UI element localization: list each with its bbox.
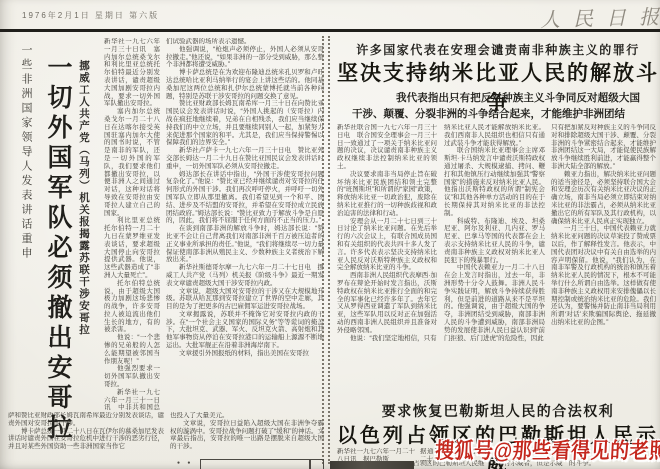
left-vertical-kicker: 一些非洲国家领导人发表讲话重申 — [18, 44, 34, 276]
paragraph: 文章揭露说，苏联并不掩饰它对安哥拉内政的干涉。在“一个社会主义国家的国际义务”等… — [166, 311, 324, 350]
paragraph: 科威特、布隆迪、埃及、坦桑尼亚、阿尔及利亚、几内亚、罗马尼亚、巴拿马等国的代表都… — [444, 218, 545, 265]
paragraph: 博卡萨总统一月二十八日在瓦伊尔的慕桑加尼发表讲话时谴责外国在安哥拉危机中进行干涉… — [8, 428, 164, 451]
left-vertical-subhead: 挪威工人共产党（马列）机关报揭露苏联干涉安哥拉 — [77, 60, 92, 360]
masthead-title: 人民日报 — [540, 0, 660, 32]
paragraph: 新华社联合国一九七六年一月三十日电 联合国安全理事会一月三十日一致通过了一项关于… — [337, 124, 437, 171]
right-body-column-3: 只有把加紧反对种族主义的斗争同反对和排除超级大国干涉、颠覆、分裂非洲的斗争紧密结… — [551, 124, 656, 392]
paragraph: 新华社一九七六年一月三十一日讯 中非共和国总统博卡 — [104, 389, 160, 410]
paragraph: 西南非洲人民组织代表摩西·加罗布在辩论开始时发言指出，沃斯特政权在纳米比亚推行全… — [337, 272, 437, 334]
paragraph: 文章说，超级大国对安哥拉的干涉又在大规模地升级。苏联从哈瓦那到安哥拉建立了世界的… — [166, 288, 324, 311]
paragraph: 赞比亚财政部长姆瓦南希库一月三十日在向赞比亚国民议会发表讲话时说，“外国人挑起的… — [166, 100, 324, 147]
paragraph: 萨和赞比亚财政部长姆瓦南希库最近分别发表谈话，谴责外国对安哥拉的干涉。 — [8, 412, 164, 428]
left-body-column-2: 们试验武器的场所表示遗憾。 他强调说，“枪炮声必须停止，外国人必须从安哥拉撤走。… — [166, 38, 324, 410]
paragraph: 纳米比亚人民才能解放纳米比亚。我们西南非人民组织也相信只有通过武装斗争才能获得解… — [444, 124, 545, 147]
paragraph: 安理会从一月二十七日到三十日讨论了纳米比亚问题。在先后举行的六次会议上，有联合国… — [337, 218, 437, 273]
right-body-column-1: 新华社联合国一九七六年一月三十日电 联合国安全理事会一月三十日一致通过了一项关于… — [337, 124, 437, 392]
paragraph: 新华社卢萨卡一九七六年一月三十日电 赞比亚外交部长姆达一月二十九日在赞比亚国民议… — [166, 147, 324, 170]
paragraph: 赖亚力指出，解决纳米比亚问题的适当途径是，必须坚持联合国大会和安理会历次有关纳米… — [551, 171, 656, 226]
header-rule — [0, 29, 660, 32]
paragraph: 联合国纳米比亚理事会主席邓斯坦·卡马纳发言中谴责沃斯特政权通过屠杀、大规模逮捕、… — [444, 147, 545, 217]
sohu-watermark: 搜狐号@那些看得见的老照片 — [434, 434, 660, 465]
left-vertical-headline: 一切外国军队必须撤出安哥拉 — [40, 54, 76, 454]
article-divider-ornament — [322, 36, 330, 464]
paragraph: 托尔伯特总统说，由于超级大国极力加剧这场悲惨的战争，许多安哥拉人被迫流出他们生长… — [104, 280, 160, 335]
paragraph: 文章援引外国报纸的材料，指出美国在安哥拉 — [166, 350, 324, 358]
bottom-box-outline-small — [310, 459, 324, 469]
paragraph: 在谈到南部非洲的解放斗争时，姆达部长说：“赞比亚不会让自己背离我们对南部非洲千百… — [166, 225, 324, 264]
newspaper-page: 1976年2月1日 星期日 第六版 人民日报 一些非洲国家领导人发表讲话重申 一… — [0, 0, 660, 469]
paragraph: 塞内加尔总统桑戈尔一月二十八日在达喀尔接受英国驻塞内加尔大使的国书时说，不管是南… — [104, 108, 160, 217]
paragraph: 新华社一九七六年一月三十日讯 塞内加尔总统桑戈尔和利比里亚总统托尔伯特最近分别发… — [104, 38, 160, 108]
paragraph: 中国代表赖亚力一月二十八日在会上发言时指出，过去一年，非洲形势十分令人鼓舞。非洲… — [444, 264, 545, 342]
paragraph: 他强调说，“枪炮声必须停止，外国人必须从安哥拉撤走。”他还说，“如果非洲的一部分… — [166, 46, 324, 69]
paragraph: 博卡萨总统是在为欢迎布隆迪总统米孔贝罗和卢旺达总统哈比亚利马纳举行的宴会上讲这些… — [166, 69, 324, 100]
right-body-column-2: 纳米比亚人民才能解放纳米比亚。我们西南非人民组织也相信只有通过武装斗争才能获得解… — [444, 124, 545, 392]
paragraph: 也投入了大量美元。 — [170, 412, 324, 420]
left-body-column-1: 新华社一九七六年一月三十日讯 塞内加尔总统桑戈尔和利比里亚总统托尔伯特最近分别发… — [104, 38, 160, 410]
paragraph: 决议要求南非当局停止旨在破坏纳米比亚民族团结和领土完整的“班图斯坦”和所谓的“家… — [337, 171, 437, 218]
paragraph: 他强烈要求一切外国军队撤出安哥拉。 — [104, 365, 160, 388]
paragraph: 他说：“我们坚定地相信，只有 — [337, 335, 437, 343]
right-deck: 我代表指出只有把反对种族主义斗争同反对超级大国干涉、颠覆、分裂非洲的斗争结合起来… — [352, 90, 640, 123]
bottom-box-outline — [200, 459, 310, 469]
date-line: 1976年2月1日 星期日 第六版 — [22, 10, 159, 21]
bottom-article-kicker: 要求恢复巴勒斯坦人民的合法权利 — [336, 401, 660, 421]
left-bottom-column-1: 萨和赞比亚财政部长姆瓦南希库最近分别发表谈话，谴责外国对安哥拉的干涉。 博卡萨总… — [8, 412, 164, 466]
paragraph: 一月三十日，中国代表赖亚力就纳米比亚问题的决议草案投了赞成票以后，作了解释性发言… — [551, 225, 656, 326]
paragraph: 们试验武器的场所表示遗憾。 — [166, 38, 324, 46]
ornament-dots: ● ● — [177, 460, 193, 466]
right-kicker: 许多国家代表在安理会谴责南非种族主义的罪行 — [336, 41, 660, 58]
paragraph: 只有把加紧反对种族主义的斗争同反对和排除超级大国干涉、颠覆、分裂非洲的斗争紧密结… — [551, 124, 656, 171]
photo-edge-strip — [330, 461, 414, 469]
paragraph: 文章说，安哥拉日益陷入超级大国在非洲争夺霸权的漩涡中。安哥拉战争问题打破了“缓和… — [170, 420, 324, 451]
paragraph: 他说：“一个悲惨的兄弟般的人怎么能期望被邻国当作朋友呢！” — [104, 334, 160, 365]
paragraph: 利比里亚总统托尔伯特一月二十九日在蒙罗维亚发表谈话，要求超级大国停止向安哥拉提供… — [104, 217, 160, 279]
left-bottom-column-2: 也投入了大量美元。 文章说，安哥拉日益陷入超级大国在非洲争夺霸权的漩涡中。安哥拉… — [170, 412, 324, 458]
paragraph: 新华社斯德哥尔摩一九七六年一月二十七日电 挪威工人共产党（马列）机关报《阶级斗争… — [166, 264, 324, 287]
paragraph: 姆达部长在讲话中指出，“外国干涉使安哥拉问题复杂化了。”他说：“赞比亚已经并继续… — [166, 171, 324, 226]
